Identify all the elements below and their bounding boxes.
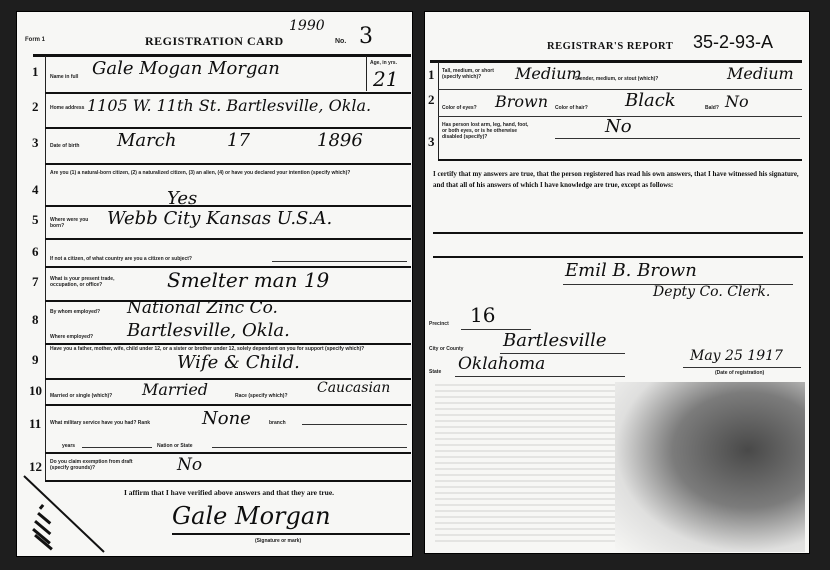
name-value: Gale Mogan Morgan (92, 58, 280, 79)
occupation-value: Smelter man 19 (167, 268, 329, 292)
height-value: Medium (515, 64, 582, 83)
registrar-signature: Emil B. Brown (565, 260, 697, 281)
build-value: Medium (727, 64, 794, 83)
state-value: Oklahoma (458, 354, 545, 374)
serial-annotation: 1990 (289, 18, 325, 34)
city-value: Bartlesville (503, 330, 607, 351)
race-value: Caucasian (317, 380, 390, 396)
bald-value: No (725, 92, 749, 111)
form-label: Form 1 (25, 37, 45, 43)
dependents-value: Wife & Child. (177, 352, 300, 373)
registration-date: May 25 1917 (690, 348, 783, 364)
registrars-report-card: REGISTRAR'S REPORT 35-2-93-A 1 Tall, med… (424, 11, 810, 554)
registrant-signature: Gale Morgan (172, 502, 331, 530)
employer-value: National Zinc Co. (127, 298, 278, 318)
registrar-title: Depty Co. Clerk. (653, 284, 770, 300)
exemption-value: No (177, 455, 202, 475)
registration-card: Form 1 REGISTRATION CARD 1990 No. 3 1 Na… (16, 11, 413, 557)
card-title: REGISTRATION CARD (145, 34, 284, 49)
birthplace-value: Webb City Kansas U.S.A. (107, 208, 332, 229)
hair-color-value: Black (625, 90, 676, 111)
precinct-value: 16 (470, 303, 495, 327)
birth-day: 17 (227, 130, 250, 151)
faded-area (435, 382, 615, 542)
ink-smudge (615, 382, 805, 552)
address-value: 1105 W. 11th St. Bartlesville, Okla. (87, 96, 371, 115)
eye-color-value: Brown (495, 92, 548, 111)
birth-year: 1896 (317, 130, 363, 151)
card-number: 3 (359, 24, 373, 49)
certification-statement: I certify that my answers are true, that… (433, 169, 803, 191)
affirmation-statement: I affirm that I have verified above answ… (124, 487, 334, 498)
military-service-value: None (202, 408, 251, 429)
corner-stamp-icon (22, 474, 112, 554)
marital-status-value: Married (142, 380, 208, 399)
report-title: REGISTRAR'S REPORT (547, 41, 673, 52)
disability-value: No (605, 116, 632, 137)
number-label: No. (335, 38, 346, 45)
age-value: 21 (373, 67, 398, 91)
employment-place-value: Bartlesville, Okla. (127, 320, 290, 341)
report-code: 35-2-93-A (693, 32, 773, 53)
birth-month: March (117, 130, 176, 151)
